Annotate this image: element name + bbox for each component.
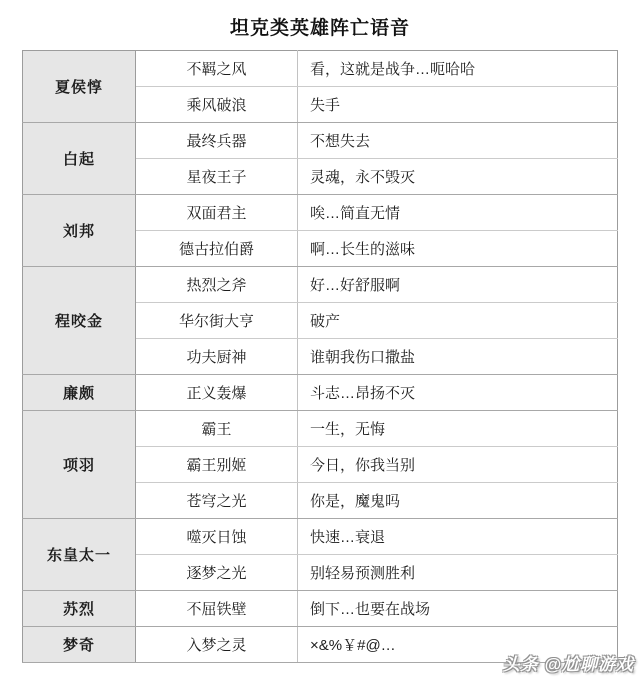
- voice-line-cell: 好…好舒服啊: [298, 267, 618, 303]
- skin-name-cell: 噬灭日蚀: [136, 519, 298, 555]
- voice-line-cell: 不想失去: [298, 123, 618, 159]
- skin-name-cell: 乘风破浪: [136, 87, 298, 123]
- voice-line-cell: 啊…长生的滋味: [298, 231, 618, 267]
- skin-name-cell: 霸王: [136, 411, 298, 447]
- page-title: 坦克类英雄阵亡语音: [0, 0, 640, 40]
- skin-name-cell: 星夜王子: [136, 159, 298, 195]
- skin-name-cell: 入梦之灵: [136, 627, 298, 663]
- voice-line-cell: 失手: [298, 87, 618, 123]
- voice-table-body: 夏侯惇不羁之风看，这就是战争…呃哈哈乘风破浪失手白起最终兵器不想失去星夜王子灵魂…: [23, 51, 618, 663]
- hero-name-cell: 白起: [23, 123, 136, 195]
- skin-name-cell: 双面君主: [136, 195, 298, 231]
- voice-line-cell: 破产: [298, 303, 618, 339]
- skin-name-cell: 热烈之斧: [136, 267, 298, 303]
- voice-line-cell: 唉…简直无情: [298, 195, 618, 231]
- voice-line-cell: 倒下…也要在战场: [298, 591, 618, 627]
- skin-name-cell: 功夫厨神: [136, 339, 298, 375]
- voice-line-cell: 快速…衰退: [298, 519, 618, 555]
- voice-line-cell: 斗志…昂扬不灭: [298, 375, 618, 411]
- table-row: 廉颇正义轰爆斗志…昂扬不灭: [23, 375, 618, 411]
- skin-name-cell: 逐梦之光: [136, 555, 298, 591]
- hero-name-cell: 夏侯惇: [23, 51, 136, 123]
- voice-line-cell: 一生，无悔: [298, 411, 618, 447]
- hero-name-cell: 梦奇: [23, 627, 136, 663]
- voice-line-cell: 谁朝我伤口撒盐: [298, 339, 618, 375]
- table-row: 刘邦双面君主唉…简直无情: [23, 195, 618, 231]
- table-row: 苏烈不屈铁壁倒下…也要在战场: [23, 591, 618, 627]
- skin-name-cell: 苍穹之光: [136, 483, 298, 519]
- voice-line-cell: 灵魂，永不毁灭: [298, 159, 618, 195]
- skin-name-cell: 最终兵器: [136, 123, 298, 159]
- voice-line-cell: 今日，你我当别: [298, 447, 618, 483]
- hero-name-cell: 程咬金: [23, 267, 136, 375]
- skin-name-cell: 不羁之风: [136, 51, 298, 87]
- skin-name-cell: 德古拉伯爵: [136, 231, 298, 267]
- skin-name-cell: 霸王别姬: [136, 447, 298, 483]
- hero-name-cell: 廉颇: [23, 375, 136, 411]
- skin-name-cell: 华尔街大亨: [136, 303, 298, 339]
- voice-lines-table: 夏侯惇不羁之风看，这就是战争…呃哈哈乘风破浪失手白起最终兵器不想失去星夜王子灵魂…: [22, 50, 618, 663]
- skin-name-cell: 正义轰爆: [136, 375, 298, 411]
- table-row: 东皇太一噬灭日蚀快速…衰退: [23, 519, 618, 555]
- table-row: 程咬金热烈之斧好…好舒服啊: [23, 267, 618, 303]
- hero-name-cell: 项羽: [23, 411, 136, 519]
- table-row: 白起最终兵器不想失去: [23, 123, 618, 159]
- table-row: 项羽霸王一生，无悔: [23, 411, 618, 447]
- voice-line-cell: 看，这就是战争…呃哈哈: [298, 51, 618, 87]
- watermark: 头条 @尬聊游戏: [503, 650, 634, 675]
- skin-name-cell: 不屈铁壁: [136, 591, 298, 627]
- hero-name-cell: 东皇太一: [23, 519, 136, 591]
- table-row: 夏侯惇不羁之风看，这就是战争…呃哈哈: [23, 51, 618, 87]
- hero-name-cell: 苏烈: [23, 591, 136, 627]
- voice-line-cell: 你是，魔鬼吗: [298, 483, 618, 519]
- voice-line-cell: 别轻易预测胜利: [298, 555, 618, 591]
- hero-name-cell: 刘邦: [23, 195, 136, 267]
